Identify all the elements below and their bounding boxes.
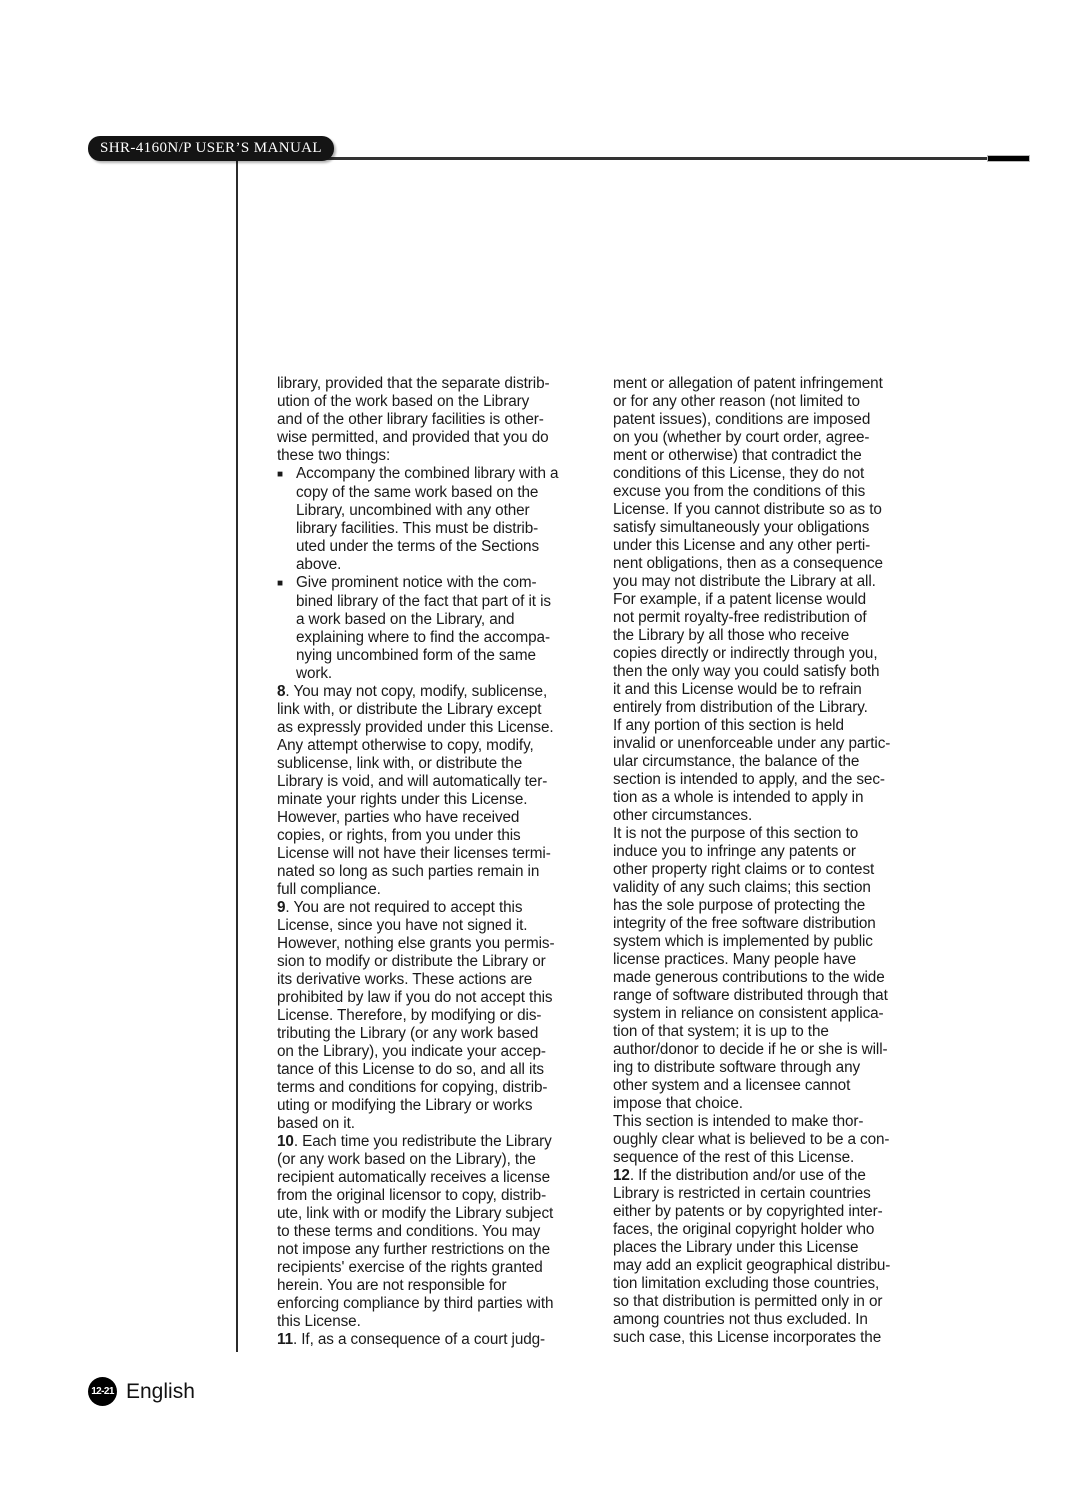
license-text-line: range of software distributed through th… bbox=[613, 987, 938, 1005]
license-text-line: link with, or distribute the Library exc… bbox=[277, 701, 602, 719]
license-text-line: the Library by all those who receive bbox=[613, 627, 938, 645]
license-text-line: not impose any further restrictions on t… bbox=[277, 1241, 602, 1259]
license-text-line: as expressly provided under this License… bbox=[277, 719, 602, 737]
license-text-line: 8. You may not copy, modify, sublicense, bbox=[277, 683, 602, 701]
license-text-line: copies, or rights, from you under this bbox=[277, 827, 602, 845]
license-text-line: terms and conditions for copying, distri… bbox=[277, 1079, 602, 1097]
license-text-line: However, nothing else grants you permis- bbox=[277, 935, 602, 953]
license-text-line: system in reliance on consistent applica… bbox=[613, 1005, 938, 1023]
license-text-line: tance of this License to do so, and all … bbox=[277, 1061, 602, 1079]
page-number: 12-21 bbox=[91, 1386, 114, 1397]
section-number: 11 bbox=[277, 1331, 293, 1348]
license-text-line: License, since you have not signed it. bbox=[277, 917, 602, 935]
license-text-line: License. Therefore, by modifying or dis- bbox=[277, 1007, 602, 1025]
license-text-line: License will not have their licenses ter… bbox=[277, 845, 602, 863]
license-text-line: Library is void, and will automatically … bbox=[277, 773, 602, 791]
manual-page: SHR-4160N/P USER’S MANUAL library, provi… bbox=[0, 0, 1080, 1490]
license-text-line: work. bbox=[277, 665, 602, 683]
license-text-line: sion to modify or distribute the Library… bbox=[277, 953, 602, 971]
license-text-line: either by patents or by copyrighted inte… bbox=[613, 1203, 938, 1221]
license-text-line: tion limitation excluding those countrie… bbox=[613, 1275, 938, 1293]
license-text-line: recipients' exercise of the rights grant… bbox=[277, 1259, 602, 1277]
license-text-line: recipient automatically receives a licen… bbox=[277, 1169, 602, 1187]
license-text-line: 9. You are not required to accept this bbox=[277, 899, 602, 917]
license-text-line: its derivative works. These actions are bbox=[277, 971, 602, 989]
license-text-line: other circumstances. bbox=[613, 807, 938, 825]
license-text-line: wise permitted, and provided that you do bbox=[277, 429, 602, 447]
license-text-line: under this License and any other perti- bbox=[613, 537, 938, 555]
license-text-line: ment or otherwise) that contradict the bbox=[613, 447, 938, 465]
license-text-line: author/donor to decide if he or she is w… bbox=[613, 1041, 938, 1059]
page-footer: 12-21 English bbox=[88, 1377, 195, 1406]
license-text-line: section is intended to apply, and the se… bbox=[613, 771, 938, 789]
header-rule-end-cap bbox=[988, 156, 1029, 161]
license-text-line: on you (whether by court order, agree- bbox=[613, 429, 938, 447]
manual-title: SHR-4160N/P USER’S MANUAL bbox=[100, 140, 322, 157]
license-text-line: This section is intended to make thor- bbox=[613, 1113, 938, 1131]
license-text-line: these two things: bbox=[277, 447, 602, 465]
license-column-right: ment or allegation of patent infringemen… bbox=[613, 375, 938, 1347]
license-text-line: ular circumstance, the balance of the bbox=[613, 753, 938, 771]
license-text-line: 10. Each time you redistribute the Libra… bbox=[277, 1133, 602, 1151]
license-text-line: to these terms and conditions. You may bbox=[277, 1223, 602, 1241]
license-text-line: tion of that system; it is up to the bbox=[613, 1023, 938, 1041]
license-text-line: License. If you cannot distribute so as … bbox=[613, 501, 938, 519]
license-text-line: explaining where to find the accompa- bbox=[277, 629, 602, 647]
license-text-line: then the only way you could satisfy both bbox=[613, 663, 938, 681]
license-text-line: on the Library), you indicate your accep… bbox=[277, 1043, 602, 1061]
license-text-line: sublicense, link with, or distribute the bbox=[277, 755, 602, 773]
license-text-line: ment or allegation of patent infringemen… bbox=[613, 375, 938, 393]
license-text-line: or for any other reason (not limited to bbox=[613, 393, 938, 411]
license-text-line: full compliance. bbox=[277, 881, 602, 899]
license-text-line: library, provided that the separate dist… bbox=[277, 375, 602, 393]
license-text-line: made generous contributions to the wide bbox=[613, 969, 938, 987]
license-text-line: has the sole purpose of protecting the bbox=[613, 897, 938, 915]
license-text-line: validity of any such claims; this sectio… bbox=[613, 879, 938, 897]
license-text-line: However, parties who have received bbox=[277, 809, 602, 827]
square-bullet-icon: ■ bbox=[277, 575, 296, 593]
license-text-line: ing to distribute software through any bbox=[613, 1059, 938, 1077]
license-text-line: minate your rights under this License. bbox=[277, 791, 602, 809]
license-text-line: copies directly or indirectly through yo… bbox=[613, 645, 938, 663]
license-text-line: Any attempt otherwise to copy, modify, bbox=[277, 737, 602, 755]
square-bullet-icon: ■ bbox=[277, 466, 296, 484]
license-text-line: uted under the terms of the Sections bbox=[277, 538, 602, 556]
license-text-line: If any portion of this section is held bbox=[613, 717, 938, 735]
license-text-line: such case, this License incorporates the bbox=[613, 1329, 938, 1347]
license-text-line: other system and a licensee cannot bbox=[613, 1077, 938, 1095]
license-text-line: sequence of the rest of this License. bbox=[613, 1149, 938, 1167]
license-text-line: among countries not thus excluded. In bbox=[613, 1311, 938, 1329]
license-text-line: license practices. Many people have bbox=[613, 951, 938, 969]
license-text-line: tributing the Library (or any work based bbox=[277, 1025, 602, 1043]
license-text-line: a work based on the Library, and bbox=[277, 611, 602, 629]
license-text-line: from the original licensor to copy, dist… bbox=[277, 1187, 602, 1205]
license-text-line: library facilities. This must be distrib… bbox=[277, 520, 602, 538]
license-text-line: nent obligations, then as a consequence bbox=[613, 555, 938, 573]
license-text-line: ution of the work based on the Library bbox=[277, 393, 602, 411]
license-text-line: It is not the purpose of this section to bbox=[613, 825, 938, 843]
license-text-line: patent issues), conditions are imposed bbox=[613, 411, 938, 429]
license-text-line: prohibited by law if you do not accept t… bbox=[277, 989, 602, 1007]
license-text-line: based on it. bbox=[277, 1115, 602, 1133]
license-text-line: faces, the original copyright holder who bbox=[613, 1221, 938, 1239]
license-text-line: invalid or unenforceable under any parti… bbox=[613, 735, 938, 753]
license-text-line: ■Accompany the combined library with a bbox=[277, 465, 602, 484]
manual-title-tab: SHR-4160N/P USER’S MANUAL bbox=[88, 136, 334, 161]
license-text-line: nying uncombined form of the same bbox=[277, 647, 602, 665]
license-text-line: above. bbox=[277, 556, 602, 574]
license-text-line: excuse you from the conditions of this bbox=[613, 483, 938, 501]
license-text-line: bined library of the fact that part of i… bbox=[277, 593, 602, 611]
license-text-line: places the Library under this License bbox=[613, 1239, 938, 1257]
section-number: 12 bbox=[613, 1167, 630, 1184]
license-text-line: copy of the same work based on the bbox=[277, 484, 602, 502]
license-column-left: library, provided that the separate dist… bbox=[277, 375, 602, 1349]
license-text-line: entirely from distribution of the Librar… bbox=[613, 699, 938, 717]
license-text-line: may add an explicit geographical distrib… bbox=[613, 1257, 938, 1275]
license-text-line: Library is restricted in certain countri… bbox=[613, 1185, 938, 1203]
license-text-line: impose that choice. bbox=[613, 1095, 938, 1113]
license-text-line: 12. If the distribution and/or use of th… bbox=[613, 1167, 938, 1185]
license-text-line: enforcing compliance by third parties wi… bbox=[277, 1295, 602, 1313]
license-text-line: nated so long as such parties remain in bbox=[277, 863, 602, 881]
license-text-line: it and this License would be to refrain bbox=[613, 681, 938, 699]
license-text-line: ■Give prominent notice with the com- bbox=[277, 574, 602, 593]
license-text-line: tion as a whole is intended to apply in bbox=[613, 789, 938, 807]
language-label: English bbox=[126, 1380, 195, 1404]
section-number: 8 bbox=[277, 683, 285, 700]
section-number: 10 bbox=[277, 1133, 294, 1150]
license-text-line: not permit royalty-free redistribution o… bbox=[613, 609, 938, 627]
license-text-line: other property right claims or to contes… bbox=[613, 861, 938, 879]
section-number: 9 bbox=[277, 899, 285, 916]
license-text-line: satisfy simultaneously your obligations bbox=[613, 519, 938, 537]
license-text-line: Library, uncombined with any other bbox=[277, 502, 602, 520]
license-text-line: and of the other library facilities is o… bbox=[277, 411, 602, 429]
page-number-badge: 12-21 bbox=[88, 1377, 117, 1406]
license-text-line: herein. You are not responsible for bbox=[277, 1277, 602, 1295]
license-text-line: induce you to infringe any patents or bbox=[613, 843, 938, 861]
license-text-line: you may not distribute the Library at al… bbox=[613, 573, 938, 591]
license-text-line: integrity of the free software distribut… bbox=[613, 915, 938, 933]
license-text-line: this License. bbox=[277, 1313, 602, 1331]
license-text-line: For example, if a patent license would bbox=[613, 591, 938, 609]
header-rule bbox=[300, 157, 990, 160]
vertical-divider bbox=[236, 160, 238, 1352]
license-text-line: so that distribution is permitted only i… bbox=[613, 1293, 938, 1311]
license-text-line: ute, link with or modify the Library sub… bbox=[277, 1205, 602, 1223]
license-text-line: oughly clear what is believed to be a co… bbox=[613, 1131, 938, 1149]
license-text-line: 11. If, as a consequence of a court judg… bbox=[277, 1331, 602, 1349]
license-text-line: system which is implemented by public bbox=[613, 933, 938, 951]
license-text-line: uting or modifying the Library or works bbox=[277, 1097, 602, 1115]
license-text-line: conditions of this License, they do not bbox=[613, 465, 938, 483]
license-text-line: (or any work based on the Library), the bbox=[277, 1151, 602, 1169]
